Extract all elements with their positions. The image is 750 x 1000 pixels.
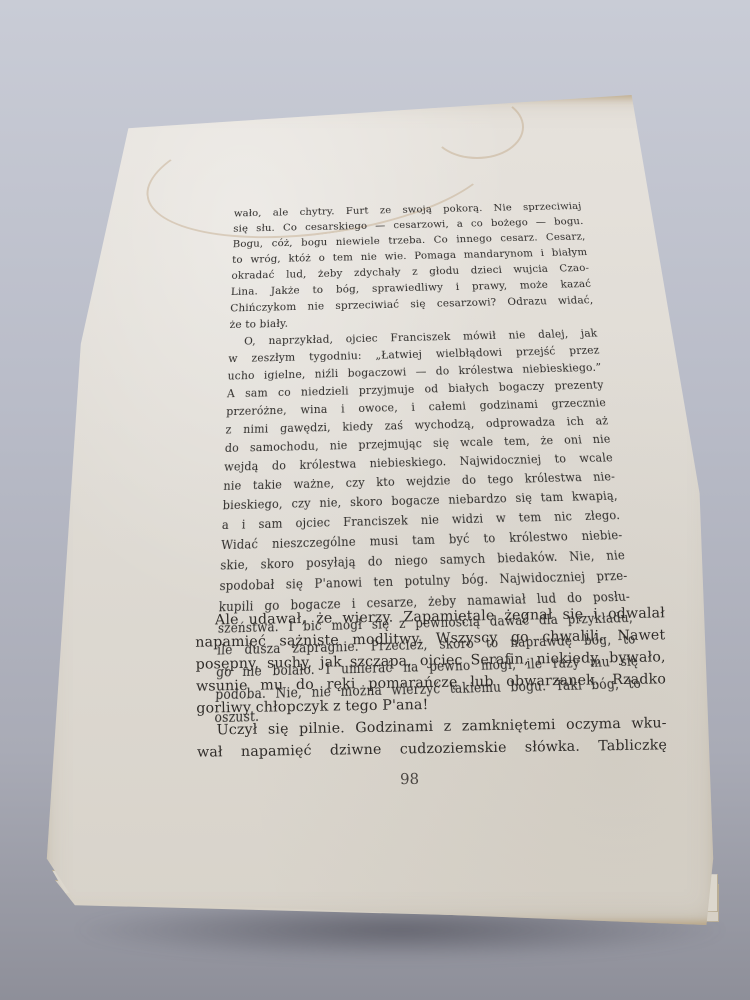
lower-paragraphs: Ale udawał, że wierzy. Zapamiętale żegna… — [195, 602, 667, 763]
text-perspective-wrapper: wało, ale chytry. Furt ze swoją pokorą. … — [0, 0, 750, 1000]
page-number: 98 — [400, 770, 419, 788]
